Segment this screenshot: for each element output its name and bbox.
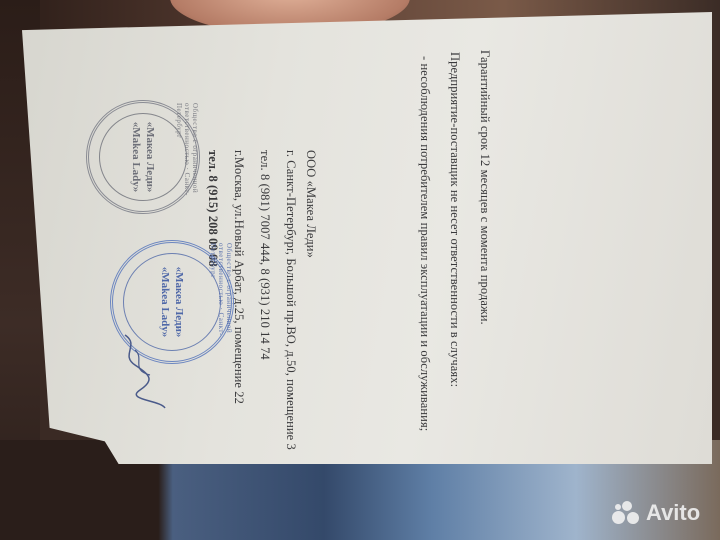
- signature: [115, 330, 175, 410]
- avito-watermark: Avito: [612, 500, 700, 526]
- liability-line: Предприятие-поставщик не несет ответстве…: [447, 52, 462, 387]
- address-spb: г. Санкт-Петербург, Большой пр.ВО, д.50,…: [283, 150, 298, 450]
- phones-spb: тел. 8 (981) 7007 444, 8 (931) 210 14 74: [257, 150, 272, 360]
- avito-brand-text: Avito: [646, 500, 700, 526]
- avito-logo-icon: [612, 501, 640, 525]
- company-name: ООО «Макеа Леди»: [303, 150, 318, 258]
- address-msk: г.Москва, ул.Новый Арбат, д.25, помещени…: [231, 150, 246, 404]
- condition-line: - несоблюдения потребителем правил экспл…: [417, 56, 432, 431]
- company-stamp-gray: Общество с ограниченной ответственностью…: [86, 100, 200, 214]
- warranty-line: Гарантийный срок 12 месяцев с момента пр…: [477, 50, 492, 325]
